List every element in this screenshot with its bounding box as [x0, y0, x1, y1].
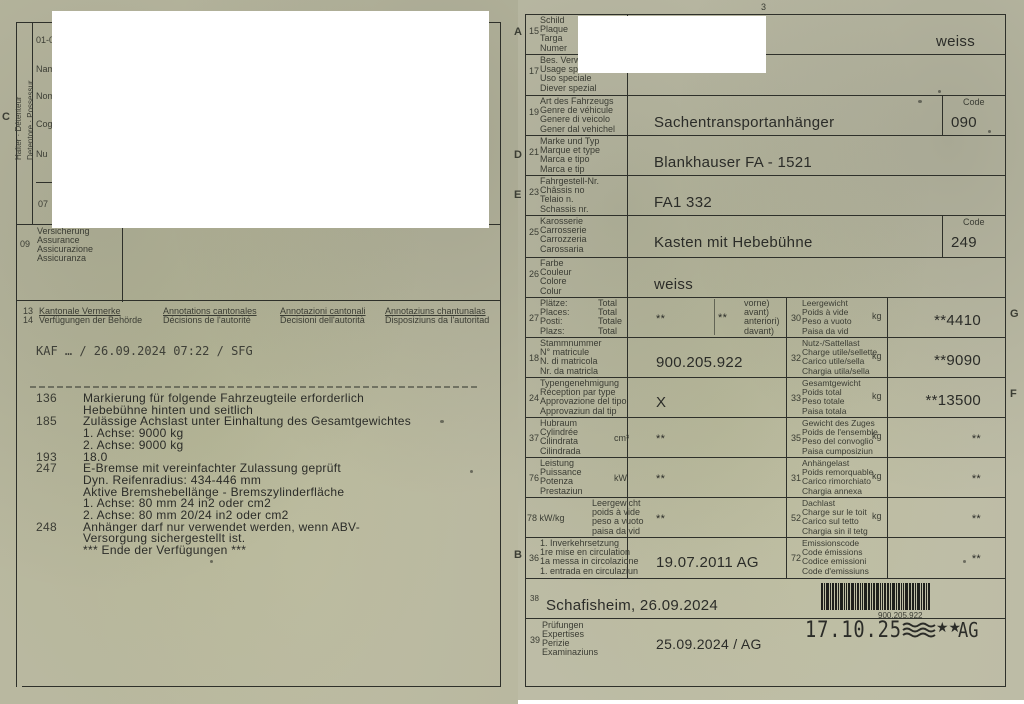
- grid-value: X: [656, 395, 666, 410]
- grid-value: **: [972, 474, 981, 485]
- redacted-plate-block: [578, 16, 766, 73]
- row-label: Gener dal vehichel: [540, 125, 615, 134]
- grid-num: 31: [791, 474, 801, 483]
- inspection-num: 39: [530, 636, 540, 645]
- grid-label: Paisa cumposiziun: [802, 447, 873, 456]
- grid-num: 30: [791, 314, 801, 323]
- cantonal-rm-2: Disposiziuns da l'autoritad: [385, 316, 489, 325]
- grid-unit: kg: [872, 512, 882, 521]
- inspection-stamp-canton: AG: [958, 620, 978, 640]
- row-num: 15: [529, 27, 539, 36]
- inspection-stamp-date: 17.10.25: [805, 620, 902, 642]
- grid-label: Chargia utila/sella: [802, 367, 870, 376]
- grid-value: **: [972, 554, 981, 565]
- row-num: 23: [529, 188, 539, 197]
- row-label: Schassis nr.: [540, 205, 589, 214]
- row-value: weiss: [654, 277, 693, 292]
- cantonal-num-14: 14: [23, 316, 33, 325]
- grid-value: **: [972, 514, 981, 525]
- insurance-num: 09: [20, 240, 30, 249]
- remark-code: 136: [36, 392, 57, 404]
- grid-label: Chargia annexa: [802, 487, 862, 496]
- inspection-label-rm: Examinaziuns: [542, 648, 598, 657]
- grid-unit: kg: [872, 432, 882, 441]
- cantonal-stamp-line: KAF … / 26.09.2024 07:22 / SFG: [36, 344, 253, 359]
- remark-code: 185: [36, 415, 57, 427]
- row-value: weiss: [936, 34, 975, 49]
- side-letter-f: F: [1010, 389, 1017, 400]
- issue-place-date: Schafisheim, 26.09.2024: [546, 598, 718, 613]
- grid-value: **9090: [934, 353, 981, 368]
- remark-code: 248: [36, 521, 57, 533]
- row-num: 19: [529, 108, 539, 117]
- side-letter-d: D: [514, 150, 522, 161]
- issue-num: 38: [530, 595, 539, 603]
- row-07-label: 07: [38, 200, 48, 209]
- grid-value: 19.07.2011 AG: [656, 555, 759, 570]
- grid-unit: kg: [872, 392, 882, 401]
- grid-label: paisa da vid: [592, 527, 640, 536]
- row-value: Sachentransportanhänger: [654, 115, 834, 130]
- grid-num: 33: [791, 394, 801, 403]
- grid-num: 52: [791, 514, 801, 523]
- redacted-owner-block: [52, 11, 489, 228]
- page-number: 3: [761, 3, 766, 12]
- side-letter-b: B: [514, 550, 522, 561]
- canton-waves-icon: [902, 622, 936, 640]
- grid-value: **: [656, 514, 665, 525]
- row-value: Blankhauser FA - 1521: [654, 155, 812, 170]
- grid-label: Approvaziun dal tip: [540, 407, 617, 416]
- cantonal-de-2: Verfügungen der Behörde: [39, 316, 142, 325]
- grid-value: **: [656, 314, 665, 325]
- grid-num: 27: [529, 314, 539, 323]
- insurance-label-rm: Assicuranza: [37, 254, 86, 263]
- grid-num: 72: [791, 554, 801, 563]
- grid-value: **: [656, 434, 665, 445]
- row-label: Numer: [540, 44, 567, 53]
- remark-line: *** Ende der Verfügungen ***: [83, 544, 246, 556]
- row-value: Kasten mit Hebebühne: [654, 235, 813, 250]
- grid-label: Paisa da vid: [802, 327, 848, 336]
- grid-label: Code d'emissiuns: [802, 567, 869, 576]
- grid-label: Nr. da matricla: [540, 367, 598, 376]
- grid-unit: kW: [614, 474, 627, 483]
- seats-front-value: **: [718, 313, 727, 324]
- side-letter-c: C: [2, 112, 10, 123]
- grid-label: Paisa totala: [802, 407, 846, 416]
- row-value: FA1 332: [654, 195, 712, 210]
- row-num: 17: [529, 67, 539, 76]
- row-num: 26: [529, 270, 539, 279]
- field-label-nu: Nu: [36, 150, 48, 159]
- grid-unit: cm³: [614, 434, 629, 443]
- side-letter-g: G: [1010, 309, 1019, 320]
- grid-num: 32: [791, 354, 801, 363]
- cantonal-fr-2: Décisions de l'autorité: [163, 316, 251, 325]
- grid-value: 900.205.922: [656, 355, 743, 370]
- code-label: Code: [963, 98, 985, 107]
- remark-code: 247: [36, 462, 57, 474]
- grid-value: **: [972, 434, 981, 445]
- row-label: Colur: [540, 287, 562, 296]
- inspection-value: 25.09.2024 / AG: [656, 637, 762, 651]
- owner-side-label-2: Detentore · Possessur: [26, 80, 35, 160]
- grid-num: 35: [791, 434, 801, 443]
- barcode: [821, 583, 930, 610]
- grid-label: Cilindrada: [540, 447, 581, 456]
- side-letter-e: E: [514, 190, 521, 201]
- grid-num: 37: [529, 434, 539, 443]
- grid-unit: kg: [872, 312, 882, 321]
- row-num: 25: [529, 228, 539, 237]
- code-label: Code: [963, 218, 985, 227]
- grid-label: Prestaziun: [540, 487, 583, 496]
- grid-label: Chargia sin il tetg: [802, 527, 868, 536]
- grid-value: **4410: [934, 313, 981, 328]
- row-num: 21: [529, 148, 539, 157]
- code-value: 090: [951, 115, 977, 130]
- grid-num: 18: [529, 354, 539, 363]
- grid-sublabel: Total: [598, 327, 617, 336]
- right-page: 3 15SchildPlaqueTargaNumerweiss17Bes. Ve…: [518, 0, 1024, 700]
- grid-unit: kg: [872, 352, 882, 361]
- grid-num: 76: [529, 474, 539, 483]
- owner-side-label-1: Halter · Détenteur: [14, 96, 23, 160]
- code-value: 249: [951, 235, 977, 250]
- row-label: Marca e tip: [540, 165, 585, 174]
- grid-label: Plazs:: [540, 327, 565, 336]
- cantonal-it-2: Decisioni dell'autorità: [280, 316, 365, 325]
- grid-value: **13500: [926, 393, 982, 408]
- grid-value: **: [656, 474, 665, 485]
- remark-line: 2. Achse: 9000 kg: [83, 439, 184, 451]
- seats-front-label: davant): [744, 327, 774, 336]
- grid-num: 36: [529, 554, 539, 563]
- side-letter-a: A: [514, 27, 522, 38]
- grid-label: 1. entrada en circulaziun: [540, 567, 638, 576]
- row-label: Diever spezial: [540, 84, 597, 93]
- grid-num: 78 kW/kg: [527, 514, 565, 523]
- grid-num: 24: [529, 394, 539, 403]
- row-label: Carossaria: [540, 245, 584, 254]
- grid-unit: kg: [872, 472, 882, 481]
